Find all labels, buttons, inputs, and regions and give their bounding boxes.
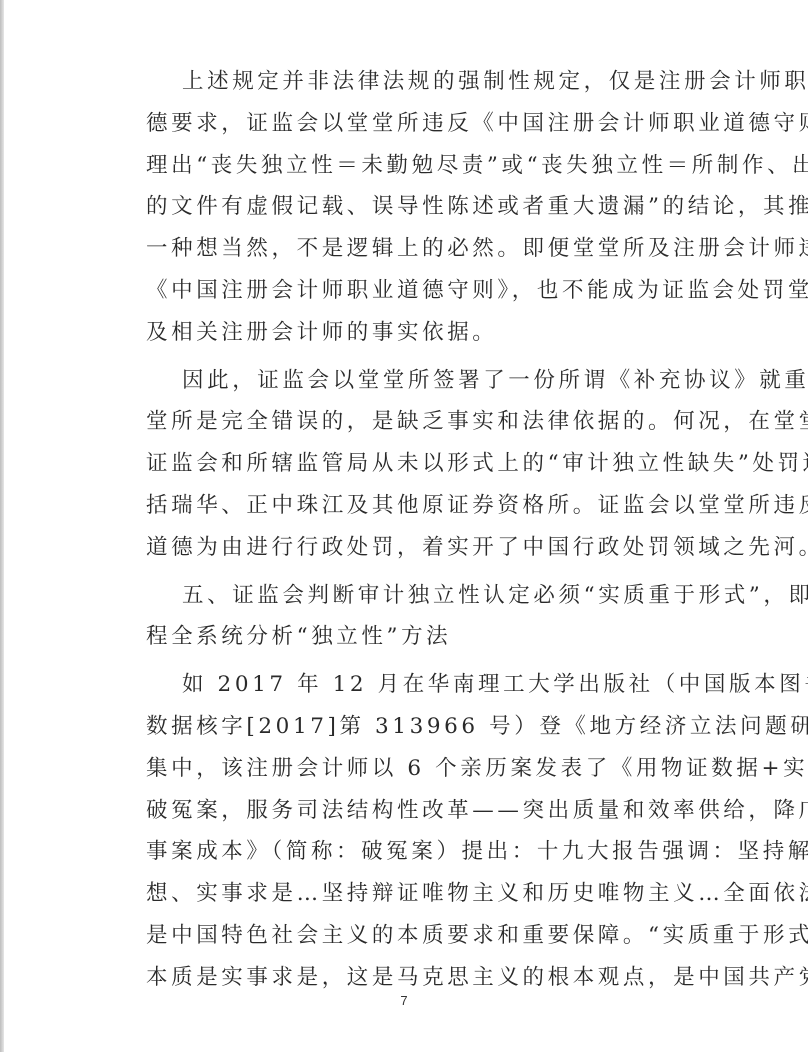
document-page: 上述规定并非法律法规的强制性规定，仅是注册会计师职业道 德要求，证监会以堂堂所违… bbox=[146, 61, 691, 999]
text-line: 及相关注册会计师的事实依据。 bbox=[146, 312, 691, 354]
text-line: 堂所是完全错误的，是缺乏事实和法律依据的。何况，在堂堂之前， bbox=[146, 401, 691, 443]
text-line: 事案成本》（简称：破冤案）提出：十九大报告强调：坚持解放思 bbox=[146, 831, 691, 873]
text-line: 数据核字[2017]第 313966 号）登《地方经济立法问题研究》论文 bbox=[146, 706, 691, 748]
section-heading-five: 五、证监会判断审计独立性认定必须“实质重于形式”，即全 程全系统分析“独立性”方… bbox=[146, 575, 691, 659]
text-line: 集中，该注册会计师以 6 个亲历案发表了《用物证数据+实证法规 bbox=[146, 748, 691, 790]
text-line: 想、实事求是…坚持辩证唯物主义和历史唯物主义…全面依法治国 bbox=[146, 873, 691, 915]
text-line: 破冤案，服务司法结构性改革——突出质量和效率供给，降广东商 bbox=[146, 790, 691, 832]
text-line: 理出“丧失独立性＝未勤勉尽责”或“丧失独立性＝所制作、出具 bbox=[146, 145, 691, 187]
text-line: 的文件有虚假记载、误导性陈述或者重大遗漏”的结论，其推理是 bbox=[146, 186, 691, 228]
scan-edge bbox=[0, 0, 4, 1052]
heading-line: 五、证监会判断审计独立性认定必须“实质重于形式”，即全 bbox=[146, 575, 691, 617]
paragraph-2017-publication: 如 2017 年 12 月在华南理工大学出版社（中国版本图书馆 CIP 数据核字… bbox=[146, 664, 691, 998]
text-line: 括瑞华、正中珠江及其他原证券资格所。证监会以堂堂所违反职业 bbox=[146, 485, 691, 527]
text-line: 因此，证监会以堂堂所签署了一份所谓《补充协议》就重罚堂 bbox=[146, 360, 691, 402]
paragraph-regulation-not-mandatory: 上述规定并非法律法规的强制性规定，仅是注册会计师职业道 德要求，证监会以堂堂所违… bbox=[146, 61, 691, 354]
text-line: 如 2017 年 12 月在华南理工大学出版社（中国版本图书馆 CIP bbox=[146, 664, 691, 706]
text-line: 德要求，证监会以堂堂所违反《中国注册会计师职业道德守则》推 bbox=[146, 103, 691, 145]
text-line: 一种想当然，不是逻辑上的必然。即便堂堂所及注册会计师违反了 bbox=[146, 228, 691, 270]
page-number: 7 bbox=[0, 993, 808, 1008]
text-line: 是中国特色社会主义的本质要求和重要保障。“实质重于形式”的 bbox=[146, 915, 691, 957]
text-line: 《中国注册会计师职业道德守则》，也不能成为证监会处罚堂堂所 bbox=[146, 270, 691, 312]
text-line: 道德为由进行行政处罚，着实开了中国行政处罚领域之先河。 bbox=[146, 527, 691, 569]
heading-line: 程全系统分析“独立性”方法 bbox=[146, 616, 691, 658]
text-line: 证监会和所辖监管局从未以形式上的“审计独立性缺失”处罚过包 bbox=[146, 443, 691, 485]
text-line: 上述规定并非法律法规的强制性规定，仅是注册会计师职业道 bbox=[146, 61, 691, 103]
paragraph-therefore-penalty-wrong: 因此，证监会以堂堂所签署了一份所谓《补充协议》就重罚堂 堂所是完全错误的，是缺乏… bbox=[146, 360, 691, 569]
